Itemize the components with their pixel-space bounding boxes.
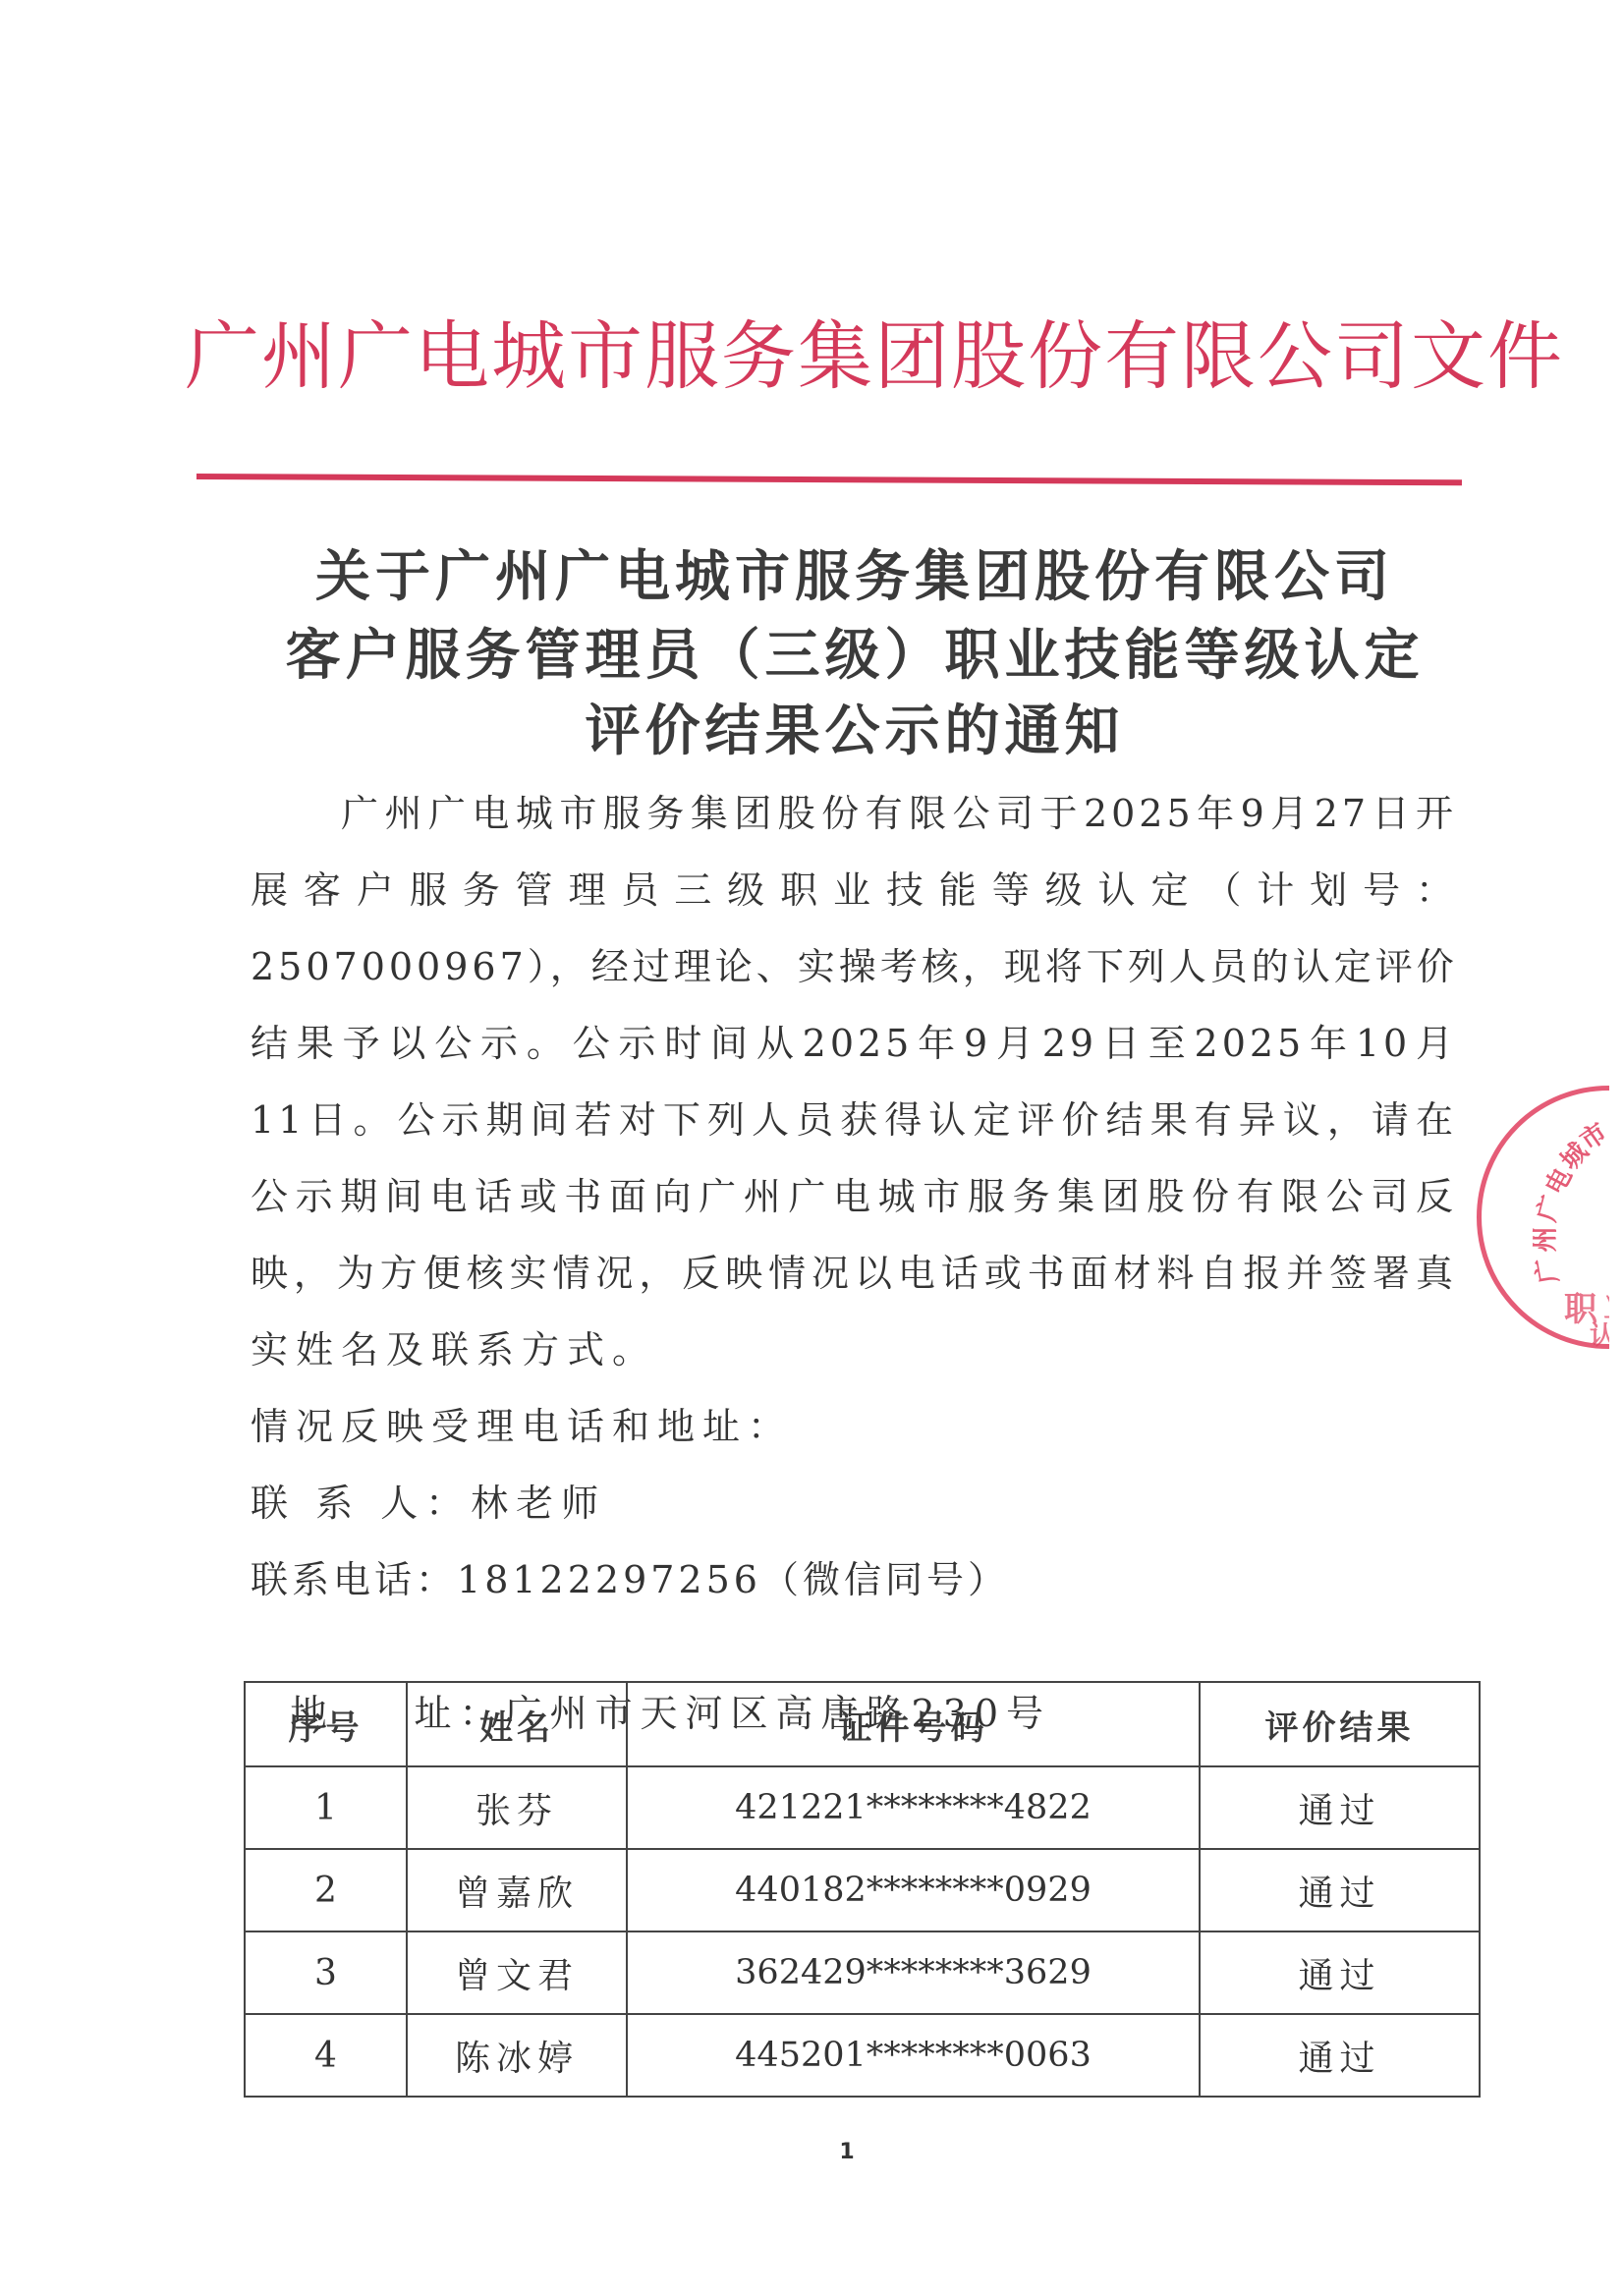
official-seal-text: 广 州 广 电 城 市 职 业 认 <box>1521 1105 1619 1341</box>
header-serial-no: 序号 <box>245 1682 407 1766</box>
paragraph-line-7: 映，为方便核实情况，反映情况以电话或书面材料自报并签署真 <box>251 1244 1457 1303</box>
table-row: 3 曾文君 362429********3629 通过 <box>245 1931 1480 2014</box>
cell-name: 曾文君 <box>407 1931 627 2014</box>
paragraph-line-2: 展客户服务管理员三级职业技能等级认定（计划号： <box>251 861 1457 920</box>
paragraph-line-4: 结果予以公示。公示时间从2025年9月29日至2025年10月 <box>251 1014 1457 1073</box>
cell-name: 张芬 <box>407 1766 627 1849</box>
cell-id-number: 362429********3629 <box>627 1931 1200 2014</box>
contact-phone-row: 联系电话：18122297256（微信同号） <box>251 1550 1457 1609</box>
cell-id-number: 445201********0063 <box>627 2014 1200 2097</box>
page-number: 1 <box>837 2140 857 2164</box>
table-row: 2 曾嘉欣 440182********0929 通过 <box>245 1849 1480 1931</box>
cell-result: 通过 <box>1200 1766 1480 1849</box>
table-row: 1 张芬 421221********4822 通过 <box>245 1766 1480 1849</box>
page-edge <box>1609 0 1624 2295</box>
table-header-row: 序号 姓名 证件号码 评价结果 <box>245 1682 1480 1766</box>
header-result: 评价结果 <box>1200 1682 1480 1766</box>
seal-char: 广 <box>1526 1255 1566 1286</box>
paragraph-line-1: 广州广电城市服务集团股份有限公司于2025年9月27日开 <box>341 784 1457 843</box>
assessment-results-table: 序号 姓名 证件号码 评价结果 1 张芬 421221********4822 … <box>244 1681 1481 2098</box>
notice-heading-line-1: 关于广州广电城市服务集团股份有限公司 <box>0 543 1624 612</box>
cell-result: 通过 <box>1200 1931 1480 2014</box>
contact-phone-label: 联系电话： <box>251 1558 457 1601</box>
table-row: 4 陈冰婷 445201********0063 通过 <box>245 2014 1480 2097</box>
contact-person-value: 林老师 <box>471 1482 606 1525</box>
cell-name: 陈冰婷 <box>407 2014 627 2097</box>
paragraph-line-3: 2507000967），经过理论、实操考核，现将下列人员的认定评价 <box>251 937 1457 996</box>
contact-person-row: 联 系 人：林老师 <box>251 1474 1457 1533</box>
document-masthead-title: 广州广电城市服务集团股份有限公司文件 <box>185 312 1495 401</box>
masthead-red-divider <box>196 474 1462 485</box>
seal-char: 州 <box>1526 1226 1562 1252</box>
cell-serial-no: 1 <box>245 1766 407 1849</box>
notice-heading-line-2: 客户服务管理员（三级）职业技能等级认定 <box>0 622 1624 691</box>
cell-serial-no: 3 <box>245 1931 407 2014</box>
cell-serial-no: 2 <box>245 1849 407 1931</box>
cell-name: 曾嘉欣 <box>407 1849 627 1931</box>
cell-result: 通过 <box>1200 1849 1480 1931</box>
notice-heading-line-3: 评价结果公示的通知 <box>0 698 1624 766</box>
header-name: 姓名 <box>407 1682 627 1766</box>
paragraph-line-8: 实姓名及联系方式。 <box>251 1320 1457 1379</box>
contact-phone-value: 18122297256（微信同号） <box>457 1558 1009 1601</box>
contact-person-label: 联 系 人： <box>251 1482 471 1525</box>
cell-serial-no: 4 <box>245 2014 407 2097</box>
paragraph-line-6: 公示期间电话或书面向广州广电城市服务集团股份有限公司反 <box>251 1167 1457 1226</box>
contact-heading: 情况反映受理电话和地址： <box>251 1397 1457 1456</box>
cell-id-number: 421221********4822 <box>627 1766 1200 1849</box>
cell-result: 通过 <box>1200 2014 1480 2097</box>
paragraph-line-5: 11日。公示期间若对下列人员获得认定评价结果有异议，请在 <box>251 1091 1457 1149</box>
header-id-number: 证件号码 <box>627 1682 1200 1766</box>
cell-id-number: 440182********0929 <box>627 1849 1200 1931</box>
